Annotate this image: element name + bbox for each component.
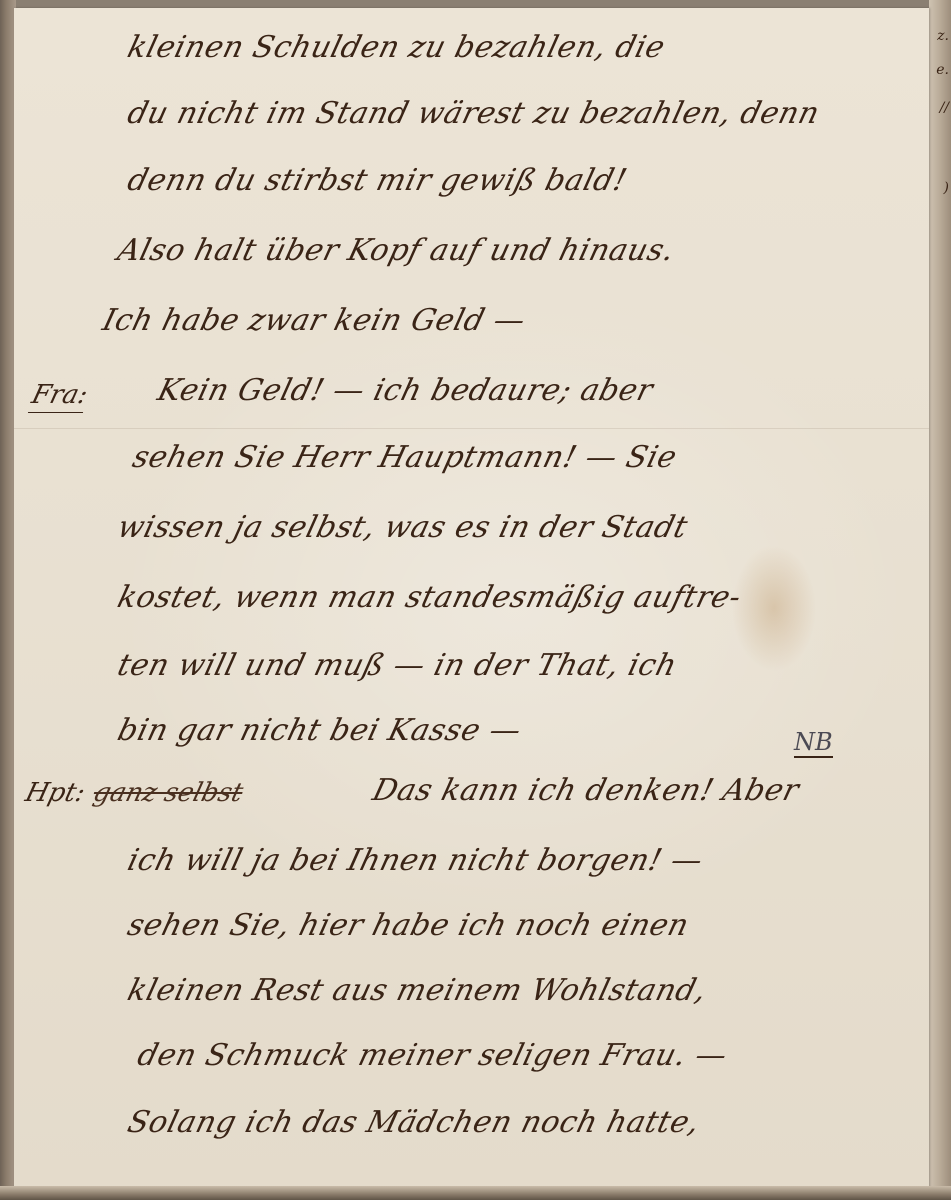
manuscript-line: kleinen Schulden zu bezahlen, die bbox=[124, 30, 669, 65]
manuscript-line: den Schmuck meiner seligen Frau. — bbox=[134, 1038, 731, 1073]
manuscript-line: Das kann ich denken! Aber bbox=[369, 773, 803, 808]
manuscript-line: Solang ich das Mädchen noch hatte, bbox=[124, 1105, 703, 1140]
page-bottom-edge bbox=[0, 1186, 951, 1200]
manuscript-line: ich will ja bei Ihnen nicht borgen! — bbox=[124, 843, 707, 878]
manuscript-page: kleinen Schulden zu bezahlen, die du nic… bbox=[14, 8, 929, 1188]
speaker-label: Fra: bbox=[28, 380, 91, 413]
manuscript-line: du nicht im Stand wärest zu bezahlen, de… bbox=[124, 96, 823, 131]
adjacent-page-mark: // bbox=[940, 100, 949, 116]
adjacent-page-mark: e. bbox=[936, 62, 949, 78]
adjacent-page-mark: ) bbox=[944, 180, 949, 196]
manuscript-line: ten will und muß — in der That, ich bbox=[114, 648, 681, 683]
manuscript-line: kostet, wenn man standesmäßig auftre- bbox=[114, 580, 745, 615]
manuscript-line: Kein Geld! — ich bedaure; aber bbox=[154, 373, 657, 408]
manuscript-line: wissen ja selbst, was es in der Stadt bbox=[114, 510, 691, 545]
manuscript-line: Also halt über Kopf auf und hinaus. bbox=[114, 233, 678, 268]
adjacent-page-mark: z. bbox=[937, 28, 949, 44]
paper-crease bbox=[14, 428, 929, 429]
manuscript-line: sehen Sie, hier habe ich noch einen bbox=[124, 908, 693, 943]
adjacent-page-edge: z. e. // ) bbox=[929, 0, 951, 1200]
manuscript-line: kleinen Rest aus meinem Wohlstand, bbox=[124, 973, 710, 1008]
struck-through-text: ganz selbst bbox=[90, 778, 246, 808]
speaker-label: Hpt: bbox=[22, 778, 88, 808]
manuscript-line: denn du stirbst mir gewiß bald! bbox=[124, 163, 631, 198]
manuscript-line: Ich habe zwar kein Geld — bbox=[99, 303, 529, 338]
marginal-nb-note: NB bbox=[794, 730, 833, 758]
manuscript-line: bin gar nicht bei Kasse — bbox=[114, 713, 525, 748]
manuscript-line: sehen Sie Herr Hauptmann! — Sie bbox=[129, 440, 681, 475]
